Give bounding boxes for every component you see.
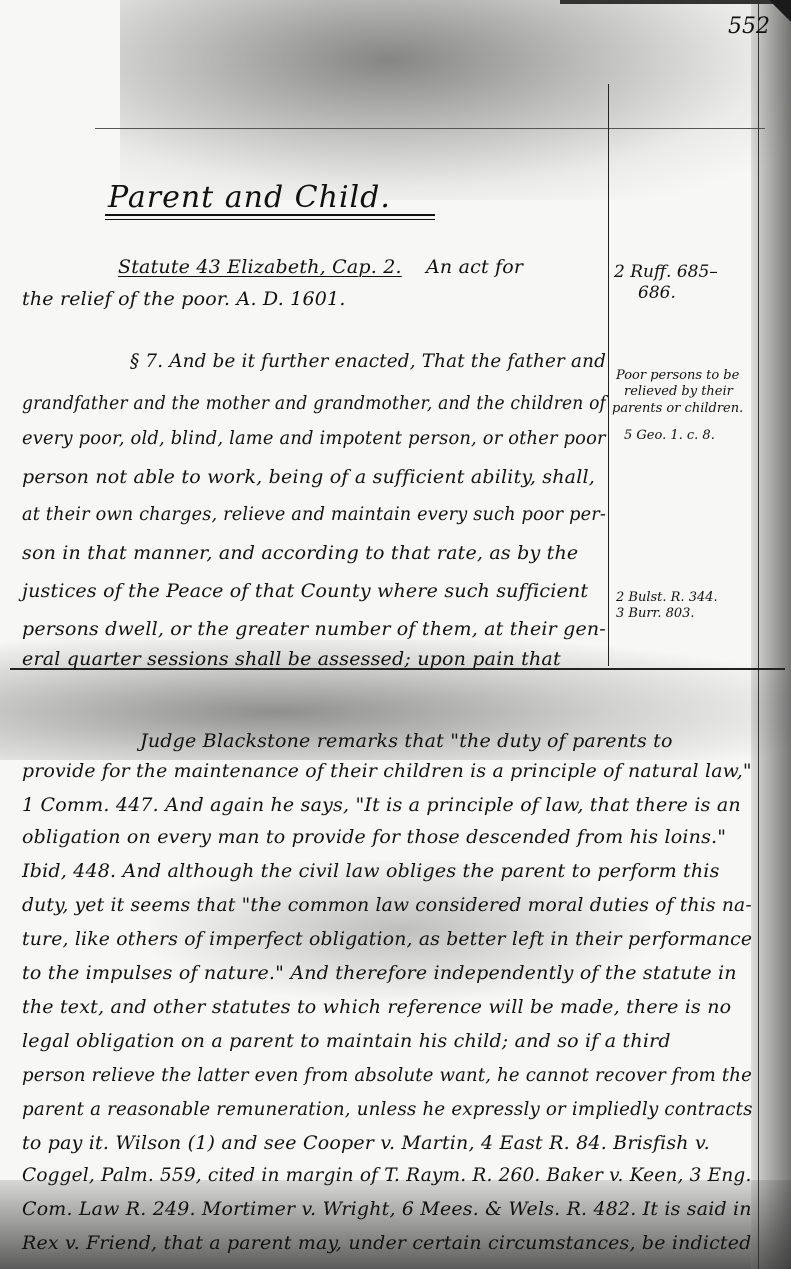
- commentary-line-5: Ibid, 448. And although the civil law ob…: [22, 862, 720, 881]
- title-underline: [105, 214, 435, 220]
- statute-subheading: the relief of the poor. A. D. 1601.: [22, 290, 346, 309]
- statute-heading: Statute 43 Elizabeth, Cap. 2.: [118, 256, 402, 278]
- top-ruled-line: [95, 128, 765, 129]
- commentary-line-15: Com. Law R. 249. Mortimer v. Wright, 6 M…: [22, 1200, 752, 1219]
- statute-heading-line: Statute 43 Elizabeth, Cap. 2. An act for: [118, 258, 523, 277]
- commentary-line-8: to the impulses of nature." And therefor…: [22, 964, 737, 983]
- commentary-line-9: the text, and other statutes to which re…: [22, 998, 731, 1017]
- commentary-line-3: 1 Comm. 447. And again he says, "It is a…: [22, 796, 741, 815]
- commentary-line-6: duty, yet it seems that "the common law …: [22, 896, 752, 915]
- commentary-line-2: provide for the maintenance of their chi…: [22, 762, 752, 781]
- photocopy-smudge-right-edge: [751, 0, 791, 1269]
- photocopy-smudge-bottom: [0, 1180, 791, 1269]
- commentary-line-7: ture, like others of imperfect obligatio…: [22, 930, 752, 949]
- statute-heading-rest: An act for: [426, 256, 523, 278]
- section7-line-4: person not able to work, being of a suff…: [22, 468, 595, 487]
- section7-line-6: son in that manner, and according to tha…: [22, 544, 578, 563]
- commentary-line-4: obligation on every man to provide for t…: [22, 828, 726, 847]
- commentary-line-11: person relieve the latter even from abso…: [22, 1066, 752, 1085]
- photocopy-smudge-top: [120, 0, 791, 200]
- section7-line-5: at their own charges, relieve and mainta…: [22, 505, 606, 524]
- page-top-edge: [560, 0, 791, 4]
- section7-line-2: grandfather and the mother and grandmoth…: [22, 394, 606, 413]
- margin-note-poor-relief: Poor persons to be relieved by their par…: [612, 368, 743, 417]
- section7-line-3: every poor, old, blind, lame and impoten…: [22, 429, 606, 448]
- margin-column-rule: [608, 84, 609, 666]
- manuscript-page: 552 Parent and Child. Statute 43 Elizabe…: [0, 0, 791, 1269]
- section7-line-9: eral quarter sessions shall be assessed;…: [22, 650, 561, 669]
- commentary-line-12: parent a reasonable remuneration, unless…: [22, 1100, 753, 1119]
- page-title: Parent and Child.: [108, 180, 391, 215]
- margin-note-bulstrode: 2 Bulst. R. 344. 3 Burr. 803.: [616, 590, 718, 623]
- section7-line-8: persons dwell, or the greater number of …: [22, 620, 606, 639]
- page-number: 552: [728, 14, 770, 39]
- commentary-line-1: Judge Blackstone remarks that "the duty …: [140, 732, 673, 751]
- margin-note-ruffhead: 2 Ruff. 685– 686.: [614, 262, 718, 305]
- section7-line-7: justices of the Peace of that County whe…: [22, 582, 588, 601]
- margin-note-geo: 5 Geo. 1. c. 8.: [624, 428, 715, 444]
- page-corner-fold: [769, 0, 791, 22]
- section7-line-1: § 7. And be it further enacted, That the…: [130, 352, 606, 371]
- commentary-line-16: Rex v. Friend, that a parent may, under …: [22, 1234, 751, 1253]
- commentary-line-10: legal obligation on a parent to maintain…: [22, 1032, 671, 1051]
- commentary-line-13: to pay it. Wilson (1) and see Cooper v. …: [22, 1134, 710, 1153]
- page-right-rule: [758, 0, 759, 1269]
- commentary-line-14: Coggel, Palm. 559, cited in margin of T.…: [22, 1166, 752, 1185]
